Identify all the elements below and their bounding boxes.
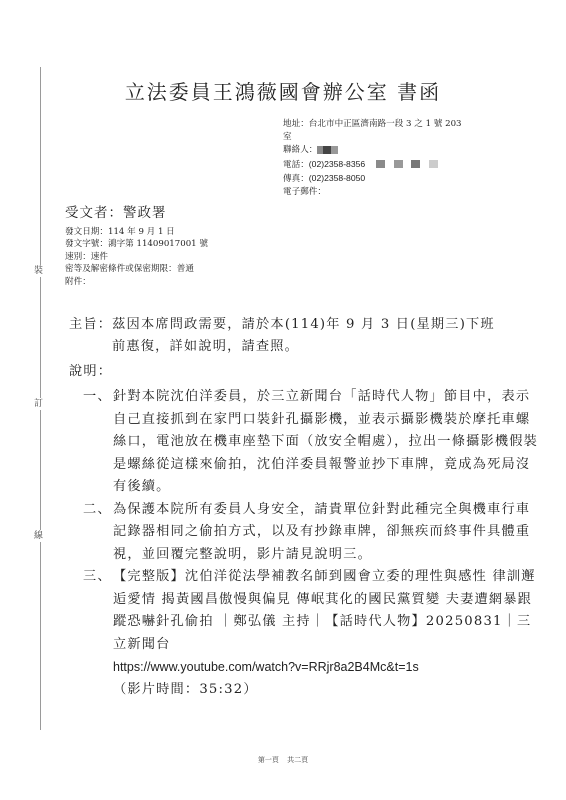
binding-label-line: 線	[34, 530, 43, 542]
fax-row: 傳真：(02)2358-8050	[283, 172, 462, 186]
item-number: 二、	[83, 499, 113, 567]
explanation-label: 說明：	[69, 360, 112, 379]
meta-row-attachment: 附件：	[65, 276, 208, 288]
address-row: 地址：台北市中正區濟南路一段 3 之 1 號 203	[283, 118, 462, 131]
meta-row-number: 發文字號：鴻字第 11409017001 號	[65, 238, 208, 250]
phone-value: (02)2358-8356	[309, 159, 365, 169]
subject-label: 主旨：	[69, 317, 112, 332]
item-number: 三、	[83, 566, 113, 701]
meta-label: 發文日期：	[65, 227, 108, 237]
email-label: 電子郵件：	[283, 187, 326, 197]
binding-label-bind: 裝	[34, 265, 43, 277]
redaction-block	[394, 160, 403, 168]
video-link[interactable]: https://www.youtube.com/watch?v=RRjr8a2B…	[113, 656, 543, 679]
address-label: 地址：	[283, 119, 309, 129]
item-body: 【完整版】沈伯洋從法學補教名師到國會立委的理性與感性 律訓邂逅愛情 揭黃國昌傲慢…	[113, 566, 543, 701]
address-cont: 室	[283, 131, 462, 144]
page-footer: 第一頁 共二頁	[0, 755, 566, 765]
subject: 主旨：茲因本席問政需要，請於本(114)年 9 月 3 日(星期三)下班 前惠復…	[69, 314, 495, 358]
meta-label: 附件：	[65, 277, 91, 287]
redaction-block	[411, 160, 420, 168]
explanation-item-3: 三、 【完整版】沈伯洋從法學補教名師到國會立委的理性與感性 律訓邂逅愛情 揭黃國…	[83, 566, 543, 701]
meta-value: 速件	[91, 252, 108, 262]
redaction-block	[429, 160, 438, 168]
meta-row-speed: 速別：速件	[65, 251, 208, 263]
redaction-block	[323, 146, 331, 154]
recipient-value: 警政署	[123, 205, 167, 221]
explanation-items: 一、 針對本院沈伯洋委員，於三立新聞台「話時代人物」節目中，表示自己直接抓到在家…	[83, 386, 543, 701]
subject-line1: 茲因本席問政需要，請於本(114)年 9 月 3 日(星期三)下班	[112, 317, 495, 332]
document-meta: 發文日期：114 年 9 月 1 日 發文字號：鴻字第 11409017001 …	[65, 226, 208, 288]
contact-block: 地址：台北市中正區濟南路一段 3 之 1 號 203 室 聯絡人： 電話：(02…	[283, 118, 462, 199]
item-text: 針對本院沈伯洋委員，於三立新聞台「話時代人物」節目中，表示自己直接抓到在家門口裝…	[113, 386, 543, 499]
contact-person-row: 聯絡人：	[283, 144, 462, 157]
subject-line2: 前惠復，詳如說明，請查照。	[69, 336, 495, 358]
fax-label: 傳真：	[283, 174, 309, 184]
recipient: 受文者：警政署	[65, 201, 167, 221]
explanation-item-2: 二、 為保護本院所有委員人身安全，請貴單位針對此種完全與機車行車記錄器相同之偷拍…	[83, 499, 543, 567]
phone-label: 電話：	[283, 160, 309, 170]
meta-value: 普通	[177, 264, 194, 274]
video-duration: （影片時間：35:32）	[113, 679, 543, 702]
explanation-item-1: 一、 針對本院沈伯洋委員，於三立新聞台「話時代人物」節目中，表示自己直接抓到在家…	[83, 386, 543, 499]
item-text: 為保護本院所有委員人身安全，請貴單位針對此種完全與機車行車記錄器相同之偷拍方式，…	[113, 499, 543, 567]
meta-label: 發文字號：	[65, 239, 108, 249]
binding-label-staple: 訂	[34, 398, 43, 410]
recipient-label: 受文者：	[65, 205, 123, 221]
meta-row-date: 發文日期：114 年 9 月 1 日	[65, 226, 208, 238]
meta-label: 密等及解密條件或保密期限：	[65, 264, 177, 274]
contact-person-label: 聯絡人：	[283, 145, 317, 155]
meta-value: 鴻字第 11409017001 號	[108, 239, 208, 249]
meta-value: 114 年 9 月 1 日	[108, 227, 175, 237]
document-title: 立法委員王鴻薇國會辦公室 書函	[0, 76, 566, 105]
item-number: 一、	[83, 386, 113, 499]
fax-value: (02)2358-8050	[309, 173, 365, 183]
address-value: 台北市中正區濟南路一段 3 之 1 號 203	[309, 119, 462, 129]
meta-row-classification: 密等及解密條件或保密期限：普通	[65, 263, 208, 275]
meta-label: 速別：	[65, 252, 91, 262]
redaction-block	[376, 160, 385, 168]
redaction-block	[331, 146, 338, 154]
item-text: 【完整版】沈伯洋從法學補教名師到國會立委的理性與感性 律訓邂逅愛情 揭黃國昌傲慢…	[113, 566, 543, 656]
phone-row: 電話：(02)2358-8356	[283, 158, 462, 172]
email-row: 電子郵件：	[283, 186, 462, 199]
